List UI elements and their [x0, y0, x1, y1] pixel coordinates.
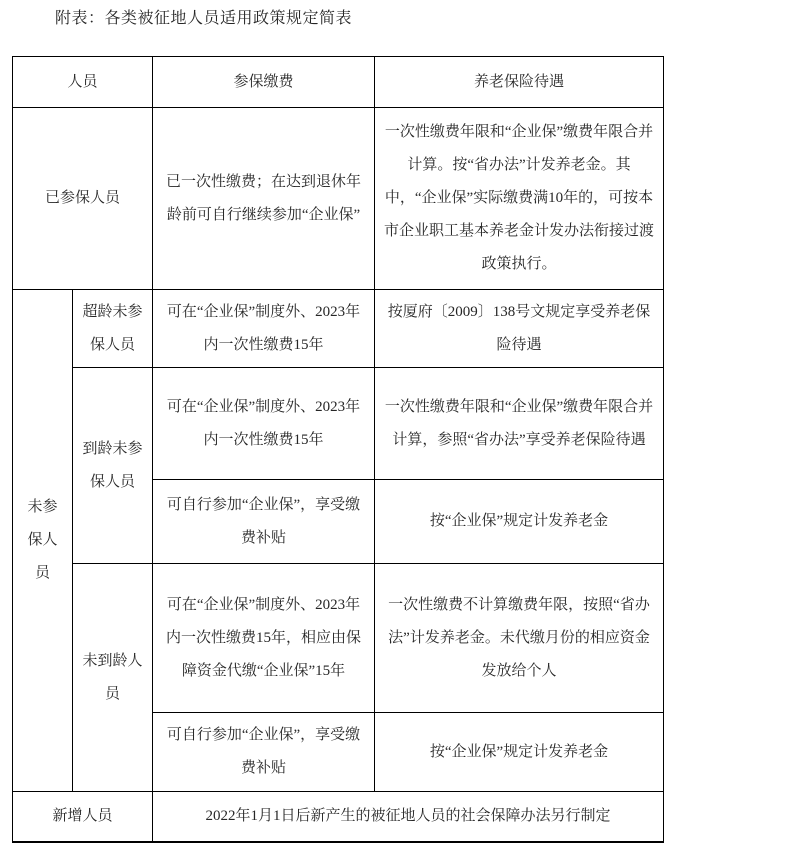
table-row: 到龄未参保人员 可在“企业保”制度外、2023年内一次性缴费15年 一次性缴费年… [13, 368, 664, 480]
atage-payment1-cell: 可在“企业保”制度外、2023年内一次性缴费15年 [153, 368, 375, 480]
insured-benefit-cell: 一次性缴费年限和“企业保”缴费年限合并计算。按“省办法”计发养老金。其中，“企业… [375, 108, 664, 290]
overage-payment-cell: 可在“企业保”制度外、2023年内一次性缴费15年 [153, 290, 375, 368]
atage-benefit1-cell: 一次性缴费年限和“企业保”缴费年限合并计算，参照“省办法”享受养老保险待遇 [375, 368, 664, 480]
policy-table: 人员 参保缴费 养老保险待遇 已参保人员 已一次性缴费；在达到退休年龄前可自行继… [12, 56, 664, 843]
table-row: 未到龄人员 可在“企业保”制度外、2023年内一次性缴费15年，相应由保障资金代… [13, 564, 664, 713]
header-personnel-cell: 人员 [13, 57, 153, 108]
atage-benefit2-cell: 按“企业保”规定计发养老金 [375, 480, 664, 564]
table-row: 未参保人员 超龄未参保人员 可在“企业保”制度外、2023年内一次性缴费15年 … [13, 290, 664, 368]
table-header-row: 人员 参保缴费 养老保险待遇 [13, 57, 664, 108]
header-payment-cell: 参保缴费 [153, 57, 375, 108]
uninsured-group-cell: 未参保人员 [13, 290, 73, 792]
overage-benefit-cell: 按厦府〔2009〕138号文规定享受养老保险待遇 [375, 290, 664, 368]
underage-benefit2-cell: 按“企业保”规定计发养老金 [375, 713, 664, 792]
newadded-note-cell: 2022年1月1日后新产生的被征地人员的社会保障办法另行制定 [153, 792, 664, 842]
overage-label-cell: 超龄未参保人员 [73, 290, 153, 368]
insured-label-cell: 已参保人员 [13, 108, 153, 290]
table-row: 新增人员 2022年1月1日后新产生的被征地人员的社会保障办法另行制定 [13, 792, 664, 842]
underage-benefit1-cell: 一次性缴费不计算缴费年限，按照“省办法”计发养老金。未代缴月份的相应资金发放给个… [375, 564, 664, 713]
newadded-label-cell: 新增人员 [13, 792, 153, 842]
underage-payment2-cell: 可自行参加“企业保”，享受缴费补贴 [153, 713, 375, 792]
underage-payment1-cell: 可在“企业保”制度外、2023年内一次性缴费15年，相应由保障资金代缴“企业保”… [153, 564, 375, 713]
table-row: 已参保人员 已一次性缴费；在达到退休年龄前可自行继续参加“企业保” 一次性缴费年… [13, 108, 664, 290]
insured-payment-cell: 已一次性缴费；在达到退休年龄前可自行继续参加“企业保” [153, 108, 375, 290]
atage-label-cell: 到龄未参保人员 [73, 368, 153, 564]
atage-payment2-cell: 可自行参加“企业保”，享受缴费补贴 [153, 480, 375, 564]
underage-label-cell: 未到龄人员 [73, 564, 153, 792]
document-page: 附表：各类被征地人员适用政策规定简表 人员 参保缴费 养老保险待遇 已参保人员 … [0, 0, 810, 844]
header-benefit-cell: 养老保险待遇 [375, 57, 664, 108]
page-title: 附表：各类被征地人员适用政策规定简表 [55, 8, 352, 30]
